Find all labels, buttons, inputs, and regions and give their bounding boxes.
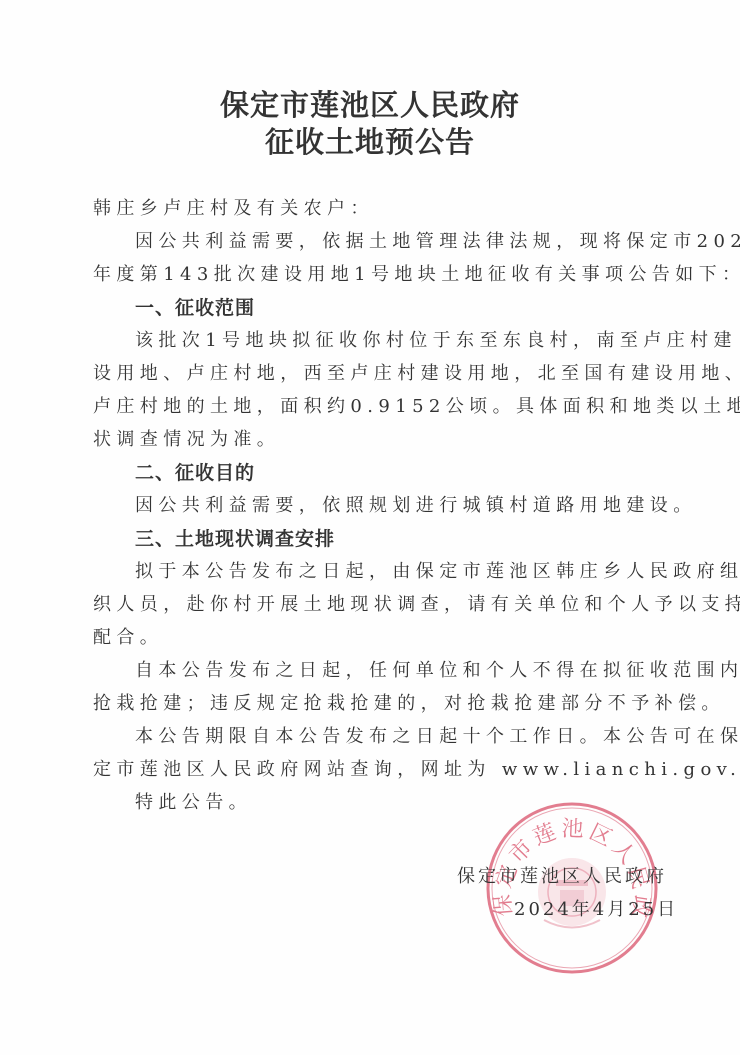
section-line: 卢庄村地的土地，面积约0.9152公顷。具体面积和地类以土地现 xyxy=(93,395,740,419)
document-title-line2: 征收土地预公告 xyxy=(0,120,740,161)
closing-line: 本公告期限自本公告发布之日起十个工作日。本公告可在保 xyxy=(135,725,740,749)
section-line: 因公共利益需要，依照规划进行城镇村道路用地建设。 xyxy=(135,494,697,518)
issue-date: 2024年4月25日 xyxy=(514,895,678,921)
section-line: 设用地、卢庄村地，西至卢庄村建设用地，北至国有建设用地、 xyxy=(93,362,740,386)
closing-line: 抢栽抢建；违反规定抢栽抢建的，对抢栽抢建部分不予补偿。 xyxy=(93,692,725,716)
closing-line: 定市莲池区人民政府网站查询，网址为 www.lianchi.gov.cn。 xyxy=(93,758,740,782)
section-line: 拟于本公告发布之日起，由保定市莲池区韩庄乡人民政府组 xyxy=(135,560,740,584)
section-line: 状调查情况为准。 xyxy=(93,428,280,452)
section-line: 织人员，赴你村开展土地现状调查，请有关单位和个人予以支持 xyxy=(93,593,740,617)
closing-line: 特此公告。 xyxy=(135,791,252,815)
closing-line: 自本公告发布之日起，任何单位和个人不得在拟征收范围内 xyxy=(135,659,740,683)
document-page: 保定市莲池区人民政府 征收土地预公告 韩庄乡卢庄村及有关农户： 因公共利益需要，… xyxy=(0,0,740,1055)
official-seal-icon: 保定市莲池区人民政府 xyxy=(484,800,660,976)
salutation: 韩庄乡卢庄村及有关农户： xyxy=(93,197,374,221)
section-heading-scope: 一、征收范围 xyxy=(135,296,255,320)
intro-line: 因公共利益需要，依据土地管理法律法规，现将保定市2024 xyxy=(135,230,740,254)
issuer-signature: 保定市莲池区人民政府 xyxy=(457,862,667,888)
document-title-line1: 保定市莲池区人民政府 xyxy=(0,83,740,124)
section-line: 该批次1号地块拟征收你村位于东至东良村，南至卢庄村建 xyxy=(135,329,737,353)
section-heading-survey: 三、土地现状调查安排 xyxy=(135,527,335,551)
section-line: 配合。 xyxy=(93,626,163,650)
intro-line: 年度第143批次建设用地1号地块土地征收有关事项公告如下： xyxy=(93,263,740,287)
section-heading-purpose: 二、征收目的 xyxy=(135,461,255,485)
